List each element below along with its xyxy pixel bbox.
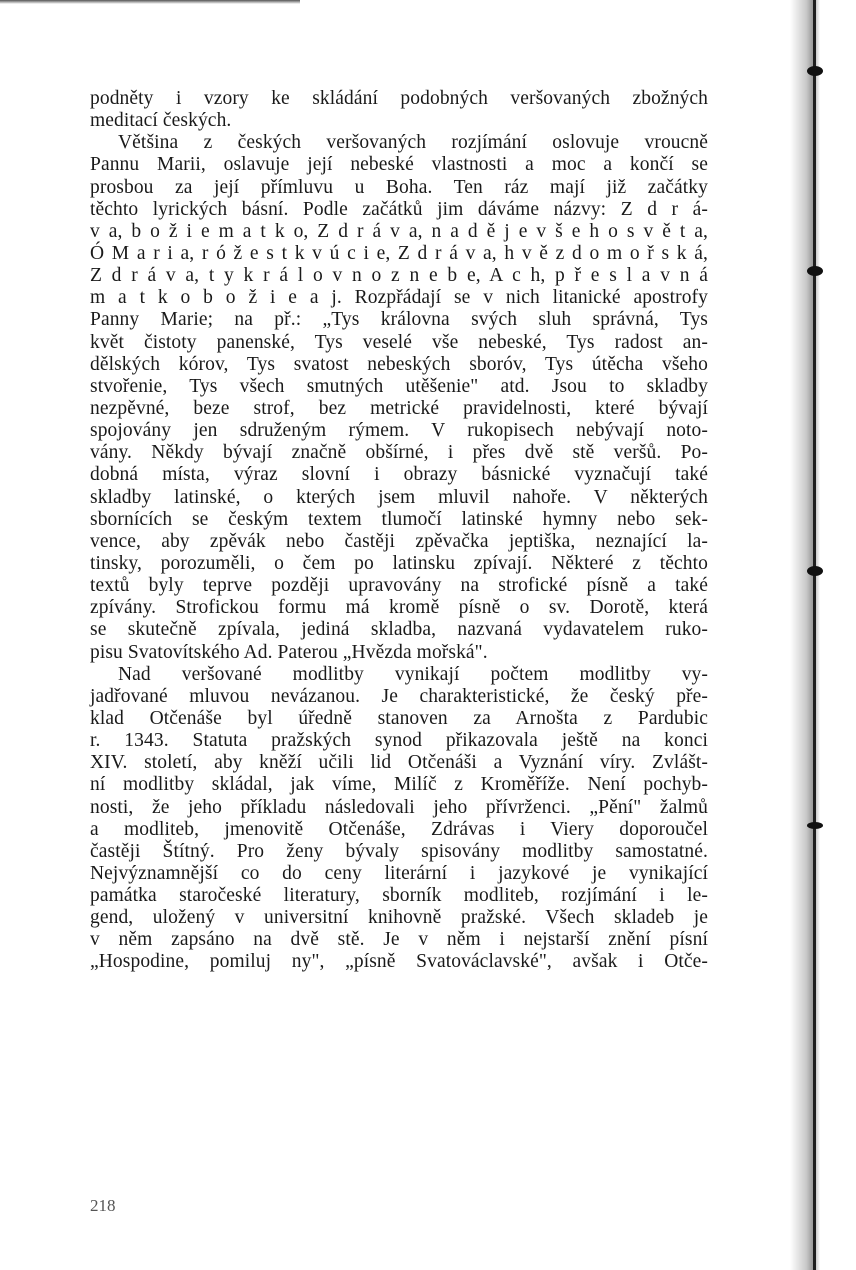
text-line: dělských kórov, Tys svatost nebeských sb… [90,354,708,376]
text-line: m a t k o b o ž i e a j. Rozpřádají se v… [90,287,708,309]
text-line: nosti, že jeho příkladu následovali jeho… [90,797,708,819]
text-line: stvořenie, Tys všech smutných utěšenie" … [90,376,708,398]
text-line: Nad veršované modlitby vynikají počtem m… [90,664,708,686]
text-line: se skutečně zpívala, jediná skladba, naz… [90,619,708,641]
text-line: a modliteb, jmenovitě Otčenáše, Zdrávas … [90,819,708,841]
binding-thread-knot [807,822,823,829]
text-line: Pannu Marii, oslavuje její nebeské vlast… [90,154,708,176]
text-line: Ó M a r i a, r ó ž e s t k v ú c i e, Z … [90,243,708,265]
text-line: jadřované mluvou nevázanou. Je charakter… [90,686,708,708]
text-line: prosbou za její přímluvu u Boha. Ten ráz… [90,177,708,199]
text-line: vány. Někdy bývají značně obšírné, i pře… [90,442,708,464]
binding-thread-knot [807,266,823,276]
text-line: Většina z českých veršovaných rozjímání … [90,132,708,154]
text-line: spojovány jen sdruženým rýmem. V rukopis… [90,420,708,442]
page-number: 218 [90,1196,116,1216]
text-line: Panny Marie; na př.: „Tys královna svých… [90,309,708,331]
text-line: ní modlitby skládal, jak víme, Milíč z K… [90,774,708,796]
text-line: dobná místa, výraz slovní i obrazy básni… [90,464,708,486]
text-line: gend, uložený v universitní knihovně pra… [90,907,708,929]
text-line: XIV. století, aby kněží učili lid Otčená… [90,752,708,774]
text-line: Z d r á v a, t y k r á l o v n o z n e b… [90,265,708,287]
text-line: „Hospodine, pomiluj ny", „písně Svatovác… [90,951,708,973]
text-line: sbornících se českým textem tlumočí lati… [90,509,708,531]
text-line: klad Otčenáše byl úředně stanoven za Arn… [90,708,708,730]
text-line: skladby latinské, o kterých jsem mluvil … [90,487,708,509]
text-line: památka staročeské literatury, sborník m… [90,885,708,907]
page-body-text: podněty i vzory ke skládání podobných ve… [90,88,708,974]
text-line: vence, aby zpěvák nebo častěji zpěvačka … [90,531,708,553]
book-binding-edge [813,0,816,1270]
text-line: květ čistoty panenské, Tys veselé vše ne… [90,332,708,354]
text-line: meditací českých. [90,110,708,132]
text-line: pisu Svatovítského Ad. Paterou „Hvězda m… [90,642,708,664]
text-line: textů byly teprve později upravovány na … [90,575,708,597]
binding-thread-knot [807,566,823,576]
text-line: v něm zapsáno na dvě stě. Je v něm i nej… [90,929,708,951]
text-line: těchto lyrických básní. Podle začátků ji… [90,199,708,221]
text-line: zpívány. Strofickou formu má kromě písně… [90,597,708,619]
binding-thread-knot [807,66,823,76]
text-line: tinsky, porozuměli, o čem po latinsku zp… [90,553,708,575]
text-line: nezpěvné, beze strof, bez metrické pravi… [90,398,708,420]
text-line: podněty i vzory ke skládání podobných ve… [90,88,708,110]
page-top-shadow [0,0,300,4]
text-line: v a, b o ž i e m a t k o, Z d r á v a, n… [90,221,708,243]
text-line: r. 1343. Statuta pražských synod přikazo… [90,730,708,752]
text-line: Nejvýznamnější co do ceny literární i ja… [90,863,708,885]
text-line: častěji Štítný. Pro ženy bývaly spisován… [90,841,708,863]
